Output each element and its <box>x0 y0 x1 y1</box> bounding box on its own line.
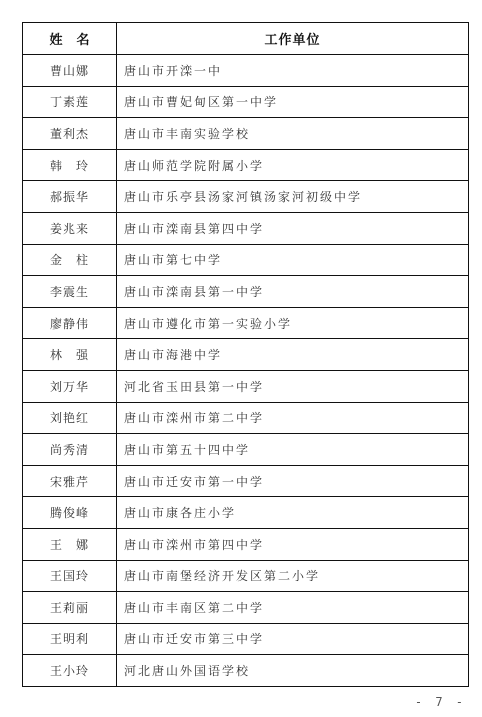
work-unit: 唐山师范学院附属小学 <box>117 149 469 181</box>
work-unit: 唐山市乐亭县汤家河镇汤家河初级中学 <box>117 181 469 213</box>
work-unit: 唐山市丰南实验学校 <box>117 118 469 150</box>
person-name: 韩 玲 <box>23 149 117 181</box>
person-name: 李震生 <box>23 276 117 308</box>
work-unit: 河北唐山外国语学校 <box>117 655 469 687</box>
person-name: 王莉丽 <box>23 592 117 624</box>
work-unit: 唐山市开滦一中 <box>117 55 469 87</box>
work-unit: 唐山市康各庄小学 <box>117 497 469 529</box>
person-name: 董利杰 <box>23 118 117 150</box>
person-name: 王小玲 <box>23 655 117 687</box>
personnel-table: 姓名 工作单位 曹山娜唐山市开滦一中丁素莲唐山市曹妃甸区第一中学董利杰唐山市丰南… <box>22 22 469 687</box>
person-name: 曹山娜 <box>23 55 117 87</box>
table-row: 腾俊峰唐山市康各庄小学 <box>23 497 469 529</box>
person-name: 宋雅芹 <box>23 465 117 497</box>
person-name: 林 强 <box>23 339 117 371</box>
table-row: 董利杰唐山市丰南实验学校 <box>23 118 469 150</box>
table-row: 王国玲唐山市南堡经济开发区第二小学 <box>23 560 469 592</box>
work-unit: 唐山市滦南县第四中学 <box>117 212 469 244</box>
header-name: 姓名 <box>23 23 117 55</box>
work-unit: 唐山市第七中学 <box>117 244 469 276</box>
person-name: 王明利 <box>23 623 117 655</box>
person-name: 姜兆来 <box>23 212 117 244</box>
table-header-row: 姓名 工作单位 <box>23 23 469 55</box>
work-unit: 唐山市遵化市第一实验小学 <box>117 307 469 339</box>
work-unit: 唐山市海港中学 <box>117 339 469 371</box>
person-name: 尚秀清 <box>23 434 117 466</box>
person-name: 廖静伟 <box>23 307 117 339</box>
work-unit: 唐山市迁安市第一中学 <box>117 465 469 497</box>
table-row: 丁素莲唐山市曹妃甸区第一中学 <box>23 86 469 118</box>
work-unit: 唐山市第五十四中学 <box>117 434 469 466</box>
table-row: 林 强唐山市海港中学 <box>23 339 469 371</box>
page-number: - 7 - <box>415 695 466 709</box>
table-row: 姜兆来唐山市滦南县第四中学 <box>23 212 469 244</box>
table-row: 廖静伟唐山市遵化市第一实验小学 <box>23 307 469 339</box>
person-name: 腾俊峰 <box>23 497 117 529</box>
work-unit: 唐山市曹妃甸区第一中学 <box>117 86 469 118</box>
table-row: 尚秀清唐山市第五十四中学 <box>23 434 469 466</box>
person-name: 王国玲 <box>23 560 117 592</box>
person-name: 刘艳红 <box>23 402 117 434</box>
work-unit: 唐山市南堡经济开发区第二小学 <box>117 560 469 592</box>
header-work-unit: 工作单位 <box>117 23 469 55</box>
work-unit: 唐山市迁安市第三中学 <box>117 623 469 655</box>
table-row: 王莉丽唐山市丰南区第二中学 <box>23 592 469 624</box>
table-row: 韩 玲唐山师范学院附属小学 <box>23 149 469 181</box>
table-row: 李震生唐山市滦南县第一中学 <box>23 276 469 308</box>
person-name: 丁素莲 <box>23 86 117 118</box>
table-row: 刘艳红唐山市滦州市第二中学 <box>23 402 469 434</box>
table-row: 郝振华唐山市乐亭县汤家河镇汤家河初级中学 <box>23 181 469 213</box>
work-unit: 唐山市滦州市第二中学 <box>117 402 469 434</box>
table-row: 王小玲河北唐山外国语学校 <box>23 655 469 687</box>
table-row: 王 娜唐山市滦州市第四中学 <box>23 528 469 560</box>
table-row: 曹山娜唐山市开滦一中 <box>23 55 469 87</box>
table-row: 刘万华河北省玉田县第一中学 <box>23 370 469 402</box>
work-unit: 河北省玉田县第一中学 <box>117 370 469 402</box>
person-name: 王 娜 <box>23 528 117 560</box>
table-row: 宋雅芹唐山市迁安市第一中学 <box>23 465 469 497</box>
person-name: 郝振华 <box>23 181 117 213</box>
person-name: 刘万华 <box>23 370 117 402</box>
work-unit: 唐山市丰南区第二中学 <box>117 592 469 624</box>
work-unit: 唐山市滦州市第四中学 <box>117 528 469 560</box>
table-row: 王明利唐山市迁安市第三中学 <box>23 623 469 655</box>
work-unit: 唐山市滦南县第一中学 <box>117 276 469 308</box>
table-row: 金 柱唐山市第七中学 <box>23 244 469 276</box>
person-name: 金 柱 <box>23 244 117 276</box>
